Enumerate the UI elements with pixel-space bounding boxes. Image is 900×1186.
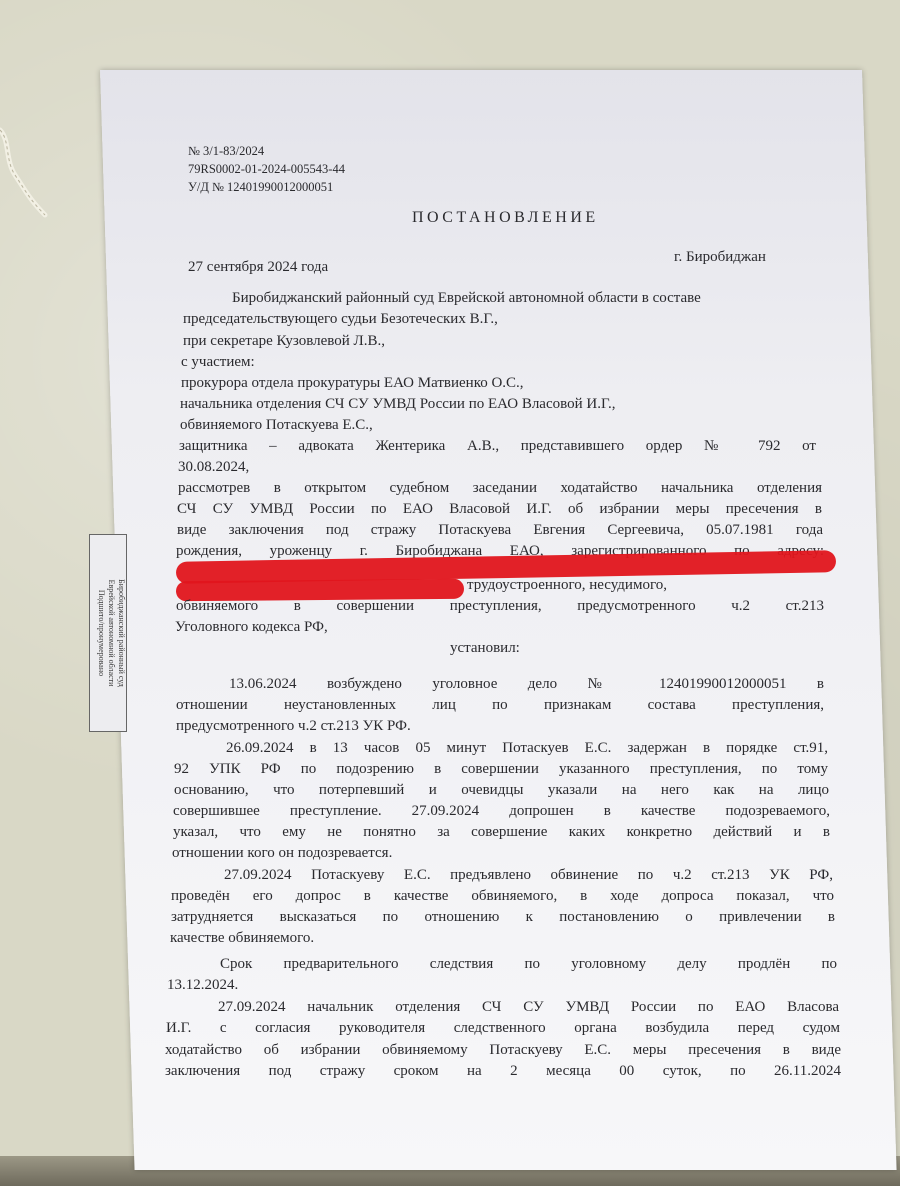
stamp-line: Подшито/пронумеровано [96,535,106,731]
body-line: 27.09.2024 Потаскуеву Е.С. предъявлено о… [224,868,833,883]
body-line: указал, что ему не понятно за совершение… [173,825,830,840]
document-city: г. Биробиджан [674,250,766,265]
intro-line: Биробиджанский районный суд Еврейской ав… [232,291,701,306]
intro-line: начальника отделения СЧ СУ УМВД России п… [180,397,615,412]
body-line: 27.09.2024 начальник отделения СЧ СУ УМВ… [218,1000,839,1015]
body-line: качестве обвиняемого. [170,931,314,946]
body-line: 13.06.2024 возбуждено уголовное дело № 1… [229,677,824,692]
body-line: Срок предварительного следствия по уголо… [220,957,837,972]
intro-line: при секретаре Кузовлевой Л.В., [183,334,385,349]
case-uid: 79RS0002-01-2024-005543-44 [188,163,345,176]
body-line: проведён его допрос в качестве обвиняемо… [171,889,834,904]
intro-line: обвиняемого в совершении преступления, п… [176,599,824,614]
criminal-case-number: У/Д № 12401990012000051 [188,181,333,194]
body-line: заключения под стражу сроком на 2 месяца… [165,1064,841,1079]
intro-line: виде заключения под стражу Потаскуева Ев… [177,523,823,538]
document-title: ПОСТАНОВЛЕНИЕ [412,210,599,226]
intro-line: председательствующего судьи Безотеческих… [183,312,498,327]
case-number: № 3/1-83/2024 [188,145,264,158]
intro-line: защитника – адвоката Жентерика А.В., пре… [179,439,816,454]
intro-line: с участием: [181,355,255,370]
body-line: И.Г. с согласия руководителя следственно… [166,1021,840,1036]
intro-line: обвиняемого Потаскуева Е.С., [180,418,373,433]
body-line: основанию, что потерпевший и очевидцы ук… [174,783,829,798]
section-heading: установил: [450,641,520,656]
intro-line: прокурора отдела прокуратуры ЕАО Матвиен… [181,376,524,391]
intro-line: рассмотрев в открытом судебном заседании… [178,481,822,496]
stamp-line: Еврейской автономной области [106,535,116,731]
body-line: отношении неустановленных лиц по признак… [176,698,824,713]
body-line: отношении кого он подозревается. [172,846,392,861]
body-line: совершившее преступление. 27.09.2024 доп… [173,804,830,819]
body-line: 92 УПК РФ по подозрению в совершении ука… [174,762,828,777]
intro-line: СЧ СУ УМВД России по ЕАО Власовой И.Г. о… [177,502,822,517]
document-date: 27 сентября 2024 года [188,260,328,275]
intro-line: трудоустроенного, несудимого, [467,578,667,593]
intro-line: Уголовного кодекса РФ, [175,620,328,635]
document-content: № 3/1-83/2024 79RS0002-01-2024-005543-44… [0,0,900,1186]
body-line: 13.12.2024. [167,978,238,993]
body-line: затрудняется высказаться по отношению к … [171,910,835,925]
court-stamp: Биробиджанский районный суд Еврейской ав… [89,534,127,732]
intro-line: 30.08.2024, [178,460,249,475]
body-line: предусмотренного ч.2 ст.213 УК РФ. [176,719,411,734]
body-line: ходатайство об избрании обвиняемому Пота… [165,1043,841,1058]
body-line: 26.09.2024 в 13 часов 05 минут Потаскуев… [226,741,828,756]
stamp-line: Биробиджанский районный суд [116,535,126,731]
